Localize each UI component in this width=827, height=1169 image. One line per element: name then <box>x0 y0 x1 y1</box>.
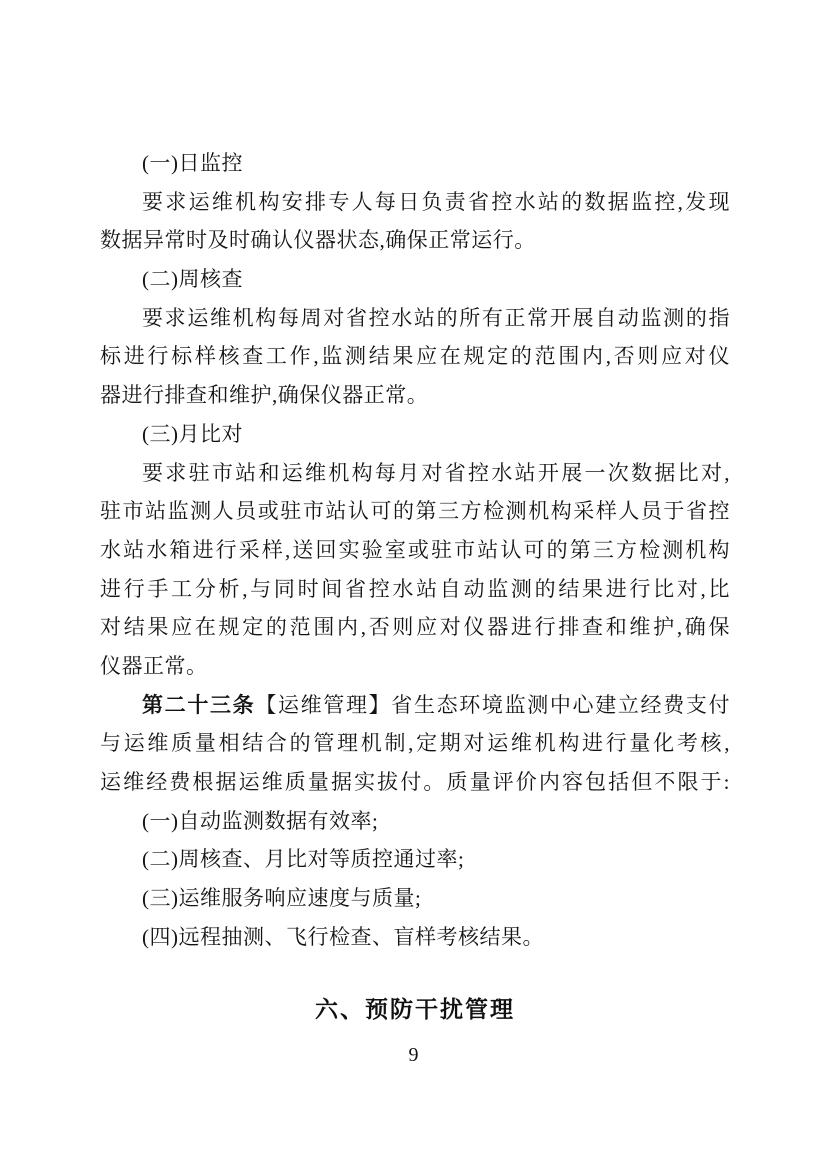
page-number: 9 <box>0 1041 827 1069</box>
paragraph-line: 器进行排查和维护,确保仪器正常。 <box>100 376 730 415</box>
paragraph-line: 驻市站监测人员或驻市站认可的第三方检测机构采样人员于省控 <box>100 492 730 531</box>
paragraph-line: 要求运维机构安排专人每日负责省控水站的数据监控,发现 <box>100 183 730 222</box>
list-item-2: (二)周核查、月比对等质控通过率; <box>100 840 730 879</box>
clause-1-heading: (一)日监控 <box>100 144 730 183</box>
paragraph-line: 进行手工分析,与同时间省控水站自动监测的结果进行比对,比 <box>100 570 730 609</box>
section-heading: 六、预防干扰管理 <box>100 993 730 1025</box>
paragraph-line: 仪器正常。 <box>100 647 730 686</box>
clause-2-heading: (二)周核查 <box>100 260 730 299</box>
list-item-1: (一)自动监测数据有效率; <box>100 802 730 841</box>
paragraph-line: 要求运维机构每周对省控水站的所有正常开展自动监测的指 <box>100 299 730 338</box>
list-item-4: (四)远程抽测、飞行检查、盲样考核结果。 <box>100 918 730 957</box>
paragraph-line: 数据异常时及时确认仪器状态,确保正常运行。 <box>100 221 730 260</box>
list-item-3: (三)运维服务响应速度与质量; <box>100 879 730 918</box>
article-23-label: 第二十三条 <box>142 694 255 717</box>
article-23-line: 第二十三条【运维管理】省生态环境监测中心建立经费支付 <box>100 686 730 725</box>
clause-3-heading: (三)月比对 <box>100 415 730 454</box>
paragraph-line: 对结果应在规定的范围内,否则应对仪器进行排查和维护,确保 <box>100 608 730 647</box>
paragraph-line: 与运维质量相结合的管理机制,定期对运维机构进行量化考核, <box>100 724 730 763</box>
paragraph-line: 要求驻市站和运维机构每月对省控水站开展一次数据比对, <box>100 454 730 493</box>
body-text-block: (一)日监控 要求运维机构安排专人每日负责省控水站的数据监控,发现 数据异常时及… <box>100 144 730 956</box>
article-23-bracket-title: 【运维管理】 <box>255 693 391 717</box>
document-page: (一)日监控 要求运维机构安排专人每日负责省控水站的数据监控,发现 数据异常时及… <box>0 0 827 1169</box>
paragraph-line: 标进行标样核查工作,监测结果应在规定的范围内,否则应对仪 <box>100 337 730 376</box>
paragraph-line: 水站水箱进行采样,送回实验室或驻市站认可的第三方检测机构 <box>100 531 730 570</box>
article-23-text: 省生态环境监测中心建立经费支付 <box>391 693 730 717</box>
paragraph-line: 运维经费根据运维质量据实拔付。质量评价内容包括但不限于: <box>100 763 730 802</box>
